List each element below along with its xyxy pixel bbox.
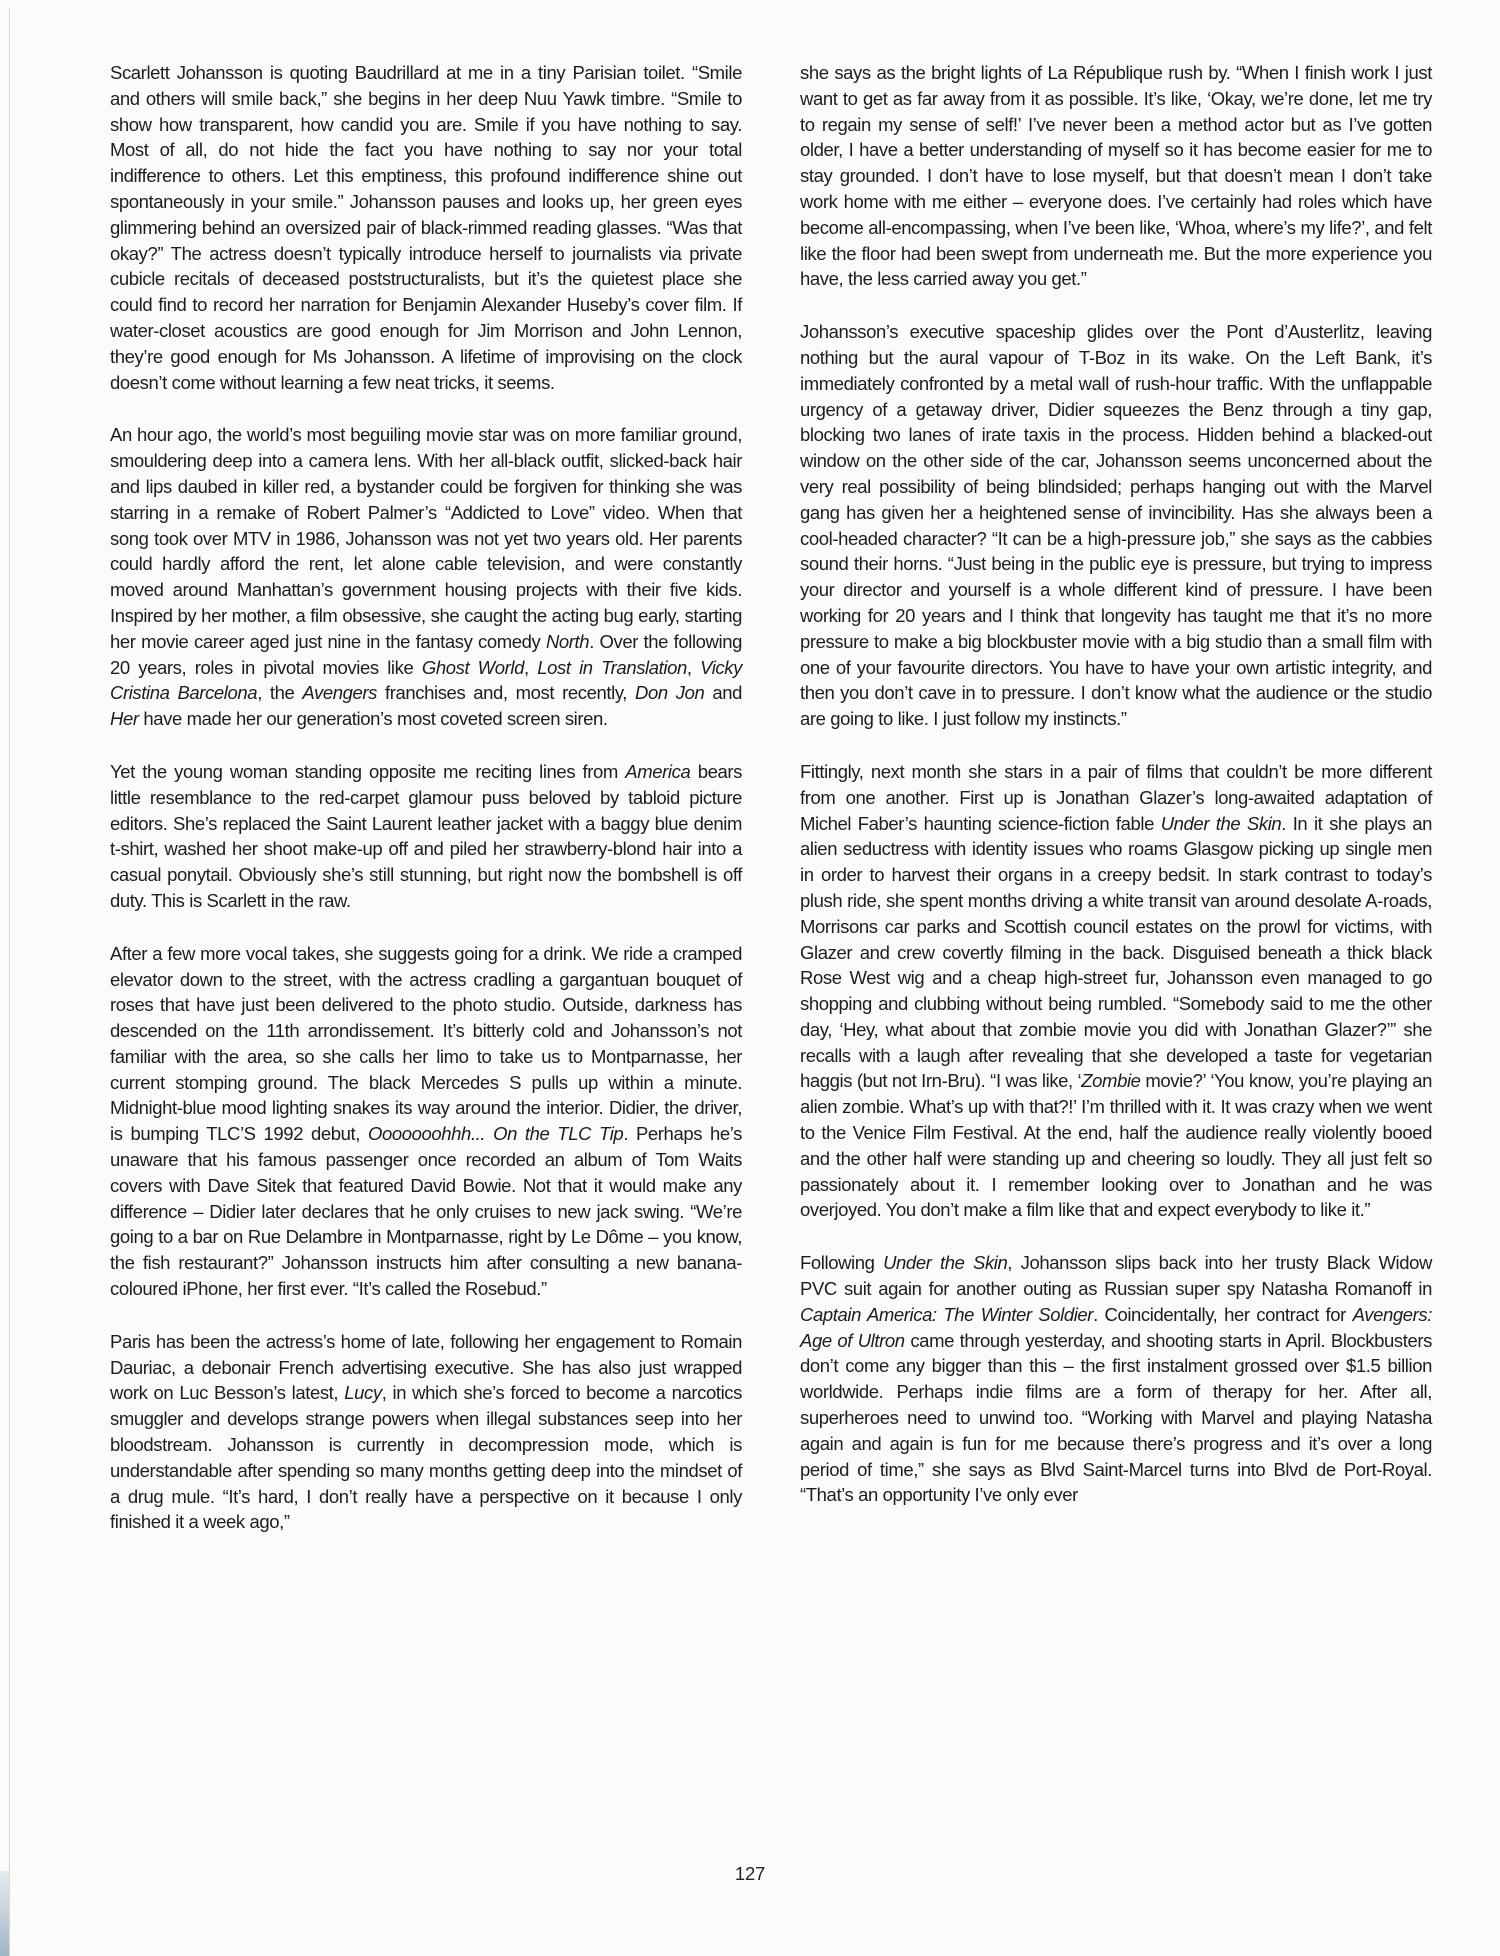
article-paragraph: Yet the young woman standing opposite me… bbox=[110, 759, 742, 914]
article-paragraph: Paris has been the actress’s home of lat… bbox=[110, 1329, 742, 1535]
article-paragraph: After a few more vocal takes, she sugges… bbox=[110, 941, 742, 1302]
article-paragraph: Scarlett Johansson is quoting Baudrillar… bbox=[110, 60, 742, 395]
article-paragraph: Following Under the Skin, Johansson slip… bbox=[800, 1250, 1432, 1508]
page-edge-rule bbox=[9, 8, 10, 1956]
article-paragraph: she says as the bright lights of La Répu… bbox=[800, 60, 1432, 292]
article-paragraph: Johansson’s executive spaceship glides o… bbox=[800, 319, 1432, 732]
article-column-right: she says as the bright lights of La Répu… bbox=[800, 60, 1432, 1508]
article-paragraph: Fittingly, next month she stars in a pai… bbox=[800, 759, 1432, 1223]
article-paragraph: An hour ago, the world’s most beguiling … bbox=[110, 422, 742, 732]
page-footer: 127 bbox=[0, 1863, 1500, 1885]
page-number: 127 bbox=[735, 1863, 765, 1884]
article-column-left: Scarlett Johansson is quoting Baudrillar… bbox=[110, 60, 742, 1535]
